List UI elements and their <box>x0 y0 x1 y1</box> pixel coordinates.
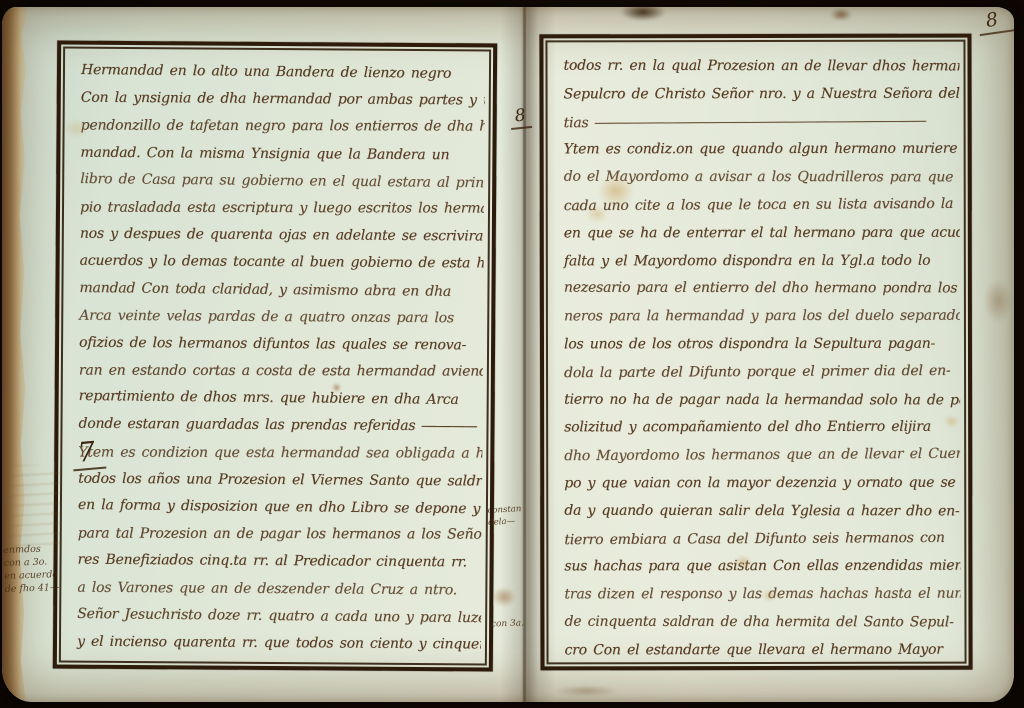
manuscript-line: neros para la hermandad y para los del d… <box>564 303 954 331</box>
manuscript-line: en la forma y disposizion que en dho Lib… <box>78 492 476 523</box>
manuscript-line: tierro embiara a Casa del Difunto seis h… <box>564 524 954 554</box>
manuscript-line: dola la parte del Difunto porque el prim… <box>564 358 954 388</box>
manuscript-line: en que se ha de enterrar el tal hermano … <box>564 219 954 247</box>
open-book: 8 Hermandad en lo alto una Bandera de li… <box>2 7 1014 702</box>
manuscript-line: ofizios de los hermanos difuntos las qua… <box>79 330 477 360</box>
manuscript-line: nos y despues de quarenta ojas en adelan… <box>80 221 478 251</box>
manuscript-line: Hermandad en lo alto una Bandera de lien… <box>81 57 479 88</box>
manuscript-line: tras dizen el responso y las demas hacha… <box>564 581 954 609</box>
manuscript-line: Señor Jesuchristo doze rr. quatro a cada… <box>77 601 475 632</box>
bleed-through-text <box>6 465 62 551</box>
left-text-frame-inner: Hermandad en lo alto una Bandera de lien… <box>59 47 491 666</box>
manuscript-line: falta y el Mayordomo dispondra en la Ygl… <box>564 247 954 275</box>
manuscript-line: tierro no ha de pagar nada la hermandad … <box>564 386 954 414</box>
right-text-frame: todos rr. en la qual Prozesion an de lle… <box>539 34 972 671</box>
manuscript-line: Ytem es condizion que esta hermandad sea… <box>78 439 476 467</box>
manuscript-line: acuerdos y lo demas tocante al buen gobi… <box>80 248 478 278</box>
manuscript-line: todos los años una Prozesion el Viernes … <box>78 465 476 495</box>
manuscript-line: res Benefiziados cinq.ta rr. al Predicad… <box>77 547 475 577</box>
manuscript-line: do el Mayordomo a avisar a los Quadrille… <box>564 164 954 192</box>
manuscript-line: a los Varones que an de deszender dela C… <box>77 574 475 604</box>
manuscript-line: pendonzillo de tafetan negro para los en… <box>81 113 479 141</box>
gutter-number-8: 8 <box>509 105 532 130</box>
folio-number: 8 <box>976 7 1014 36</box>
manuscript-line: Sepulcro de Christo Señor nro. y a Nuest… <box>564 80 954 108</box>
manuscript-line: Con la ynsignia de dha hermandad por amb… <box>81 85 479 115</box>
manuscript-line: los unos de los otros dispondra la Sepul… <box>564 331 954 359</box>
manuscript-line: Ytem es condiz.on que quando algun herma… <box>564 136 954 164</box>
manuscript-line: todos rr. en la qual Prozesion an de lle… <box>563 53 953 81</box>
manuscript-line: cro Con el estandarte que llevara el her… <box>564 636 954 658</box>
left-text-frame: Hermandad en lo alto una Bandera de lien… <box>53 40 497 671</box>
left-page-text: Hermandad en lo alto una Bandera de lien… <box>65 53 485 660</box>
manuscript-line: pio trasladada esta escriptura y luego e… <box>80 194 478 222</box>
manuscript-line: Arca veinte velas pardas de a quatro onz… <box>79 302 477 332</box>
manuscript-line: po y que vaian con la mayor dezenzia y o… <box>564 470 954 498</box>
manuscript-line: tias ―――――――――――――――――――――――― <box>564 107 954 137</box>
manuscript-line: dho Mayordomo los hermanos que an de lle… <box>564 441 954 471</box>
margin-number-7: 7 <box>71 436 107 472</box>
photo-background: 8 Hermandad en lo alto una Bandera de li… <box>0 0 1024 708</box>
manuscript-line: mandad. Con la misma Ynsignia que la Ban… <box>80 139 478 169</box>
right-text-frame-inner: todos rr. en la qual Prozesion an de lle… <box>545 40 966 665</box>
right-page-text: todos rr. en la qual Prozesion an de lle… <box>551 46 960 659</box>
note-line: constan <box>487 504 521 517</box>
manuscript-line: y el incienso quarenta rr. que todos son… <box>77 629 475 659</box>
manuscript-line: cada uno cite a los que le toca en su li… <box>564 191 954 221</box>
manuscript-line: repartimiento de dhos mrs. que hubiere e… <box>79 383 477 414</box>
left-margin-note: enmdos con a 3o. en acuerdo de fho 41— <box>3 542 59 596</box>
manuscript-line: da y quando quieran salir dela Yglesia a… <box>564 497 954 525</box>
manuscript-line: mandad Con toda claridad, y asimismo abr… <box>79 274 477 305</box>
manuscript-line: para tal Prozesion an de pagar los herma… <box>78 521 476 549</box>
manuscript-line: donde estaran guardadas las prendas refe… <box>78 411 476 441</box>
manuscript-line: sus hachas para que asistan Con ellas en… <box>564 553 954 581</box>
note-line: dela— <box>488 516 522 529</box>
manuscript-line: nezesario para el entierro del dho herma… <box>564 275 954 303</box>
manuscript-line: libro de Casa para su gobierno en el qua… <box>80 166 478 197</box>
right-margin-note-1: constan dela— <box>487 504 522 529</box>
manuscript-line: ran en estando cortas a costa de esta he… <box>79 358 477 386</box>
manuscript-line: solizitud y acompañamiento del dho Entie… <box>564 414 954 442</box>
manuscript-line: de cinquenta saldran de dha hermita del … <box>564 609 954 637</box>
right-margin-note-2: con 3a. <box>491 618 524 631</box>
note-line: de fho 41— <box>4 581 59 596</box>
